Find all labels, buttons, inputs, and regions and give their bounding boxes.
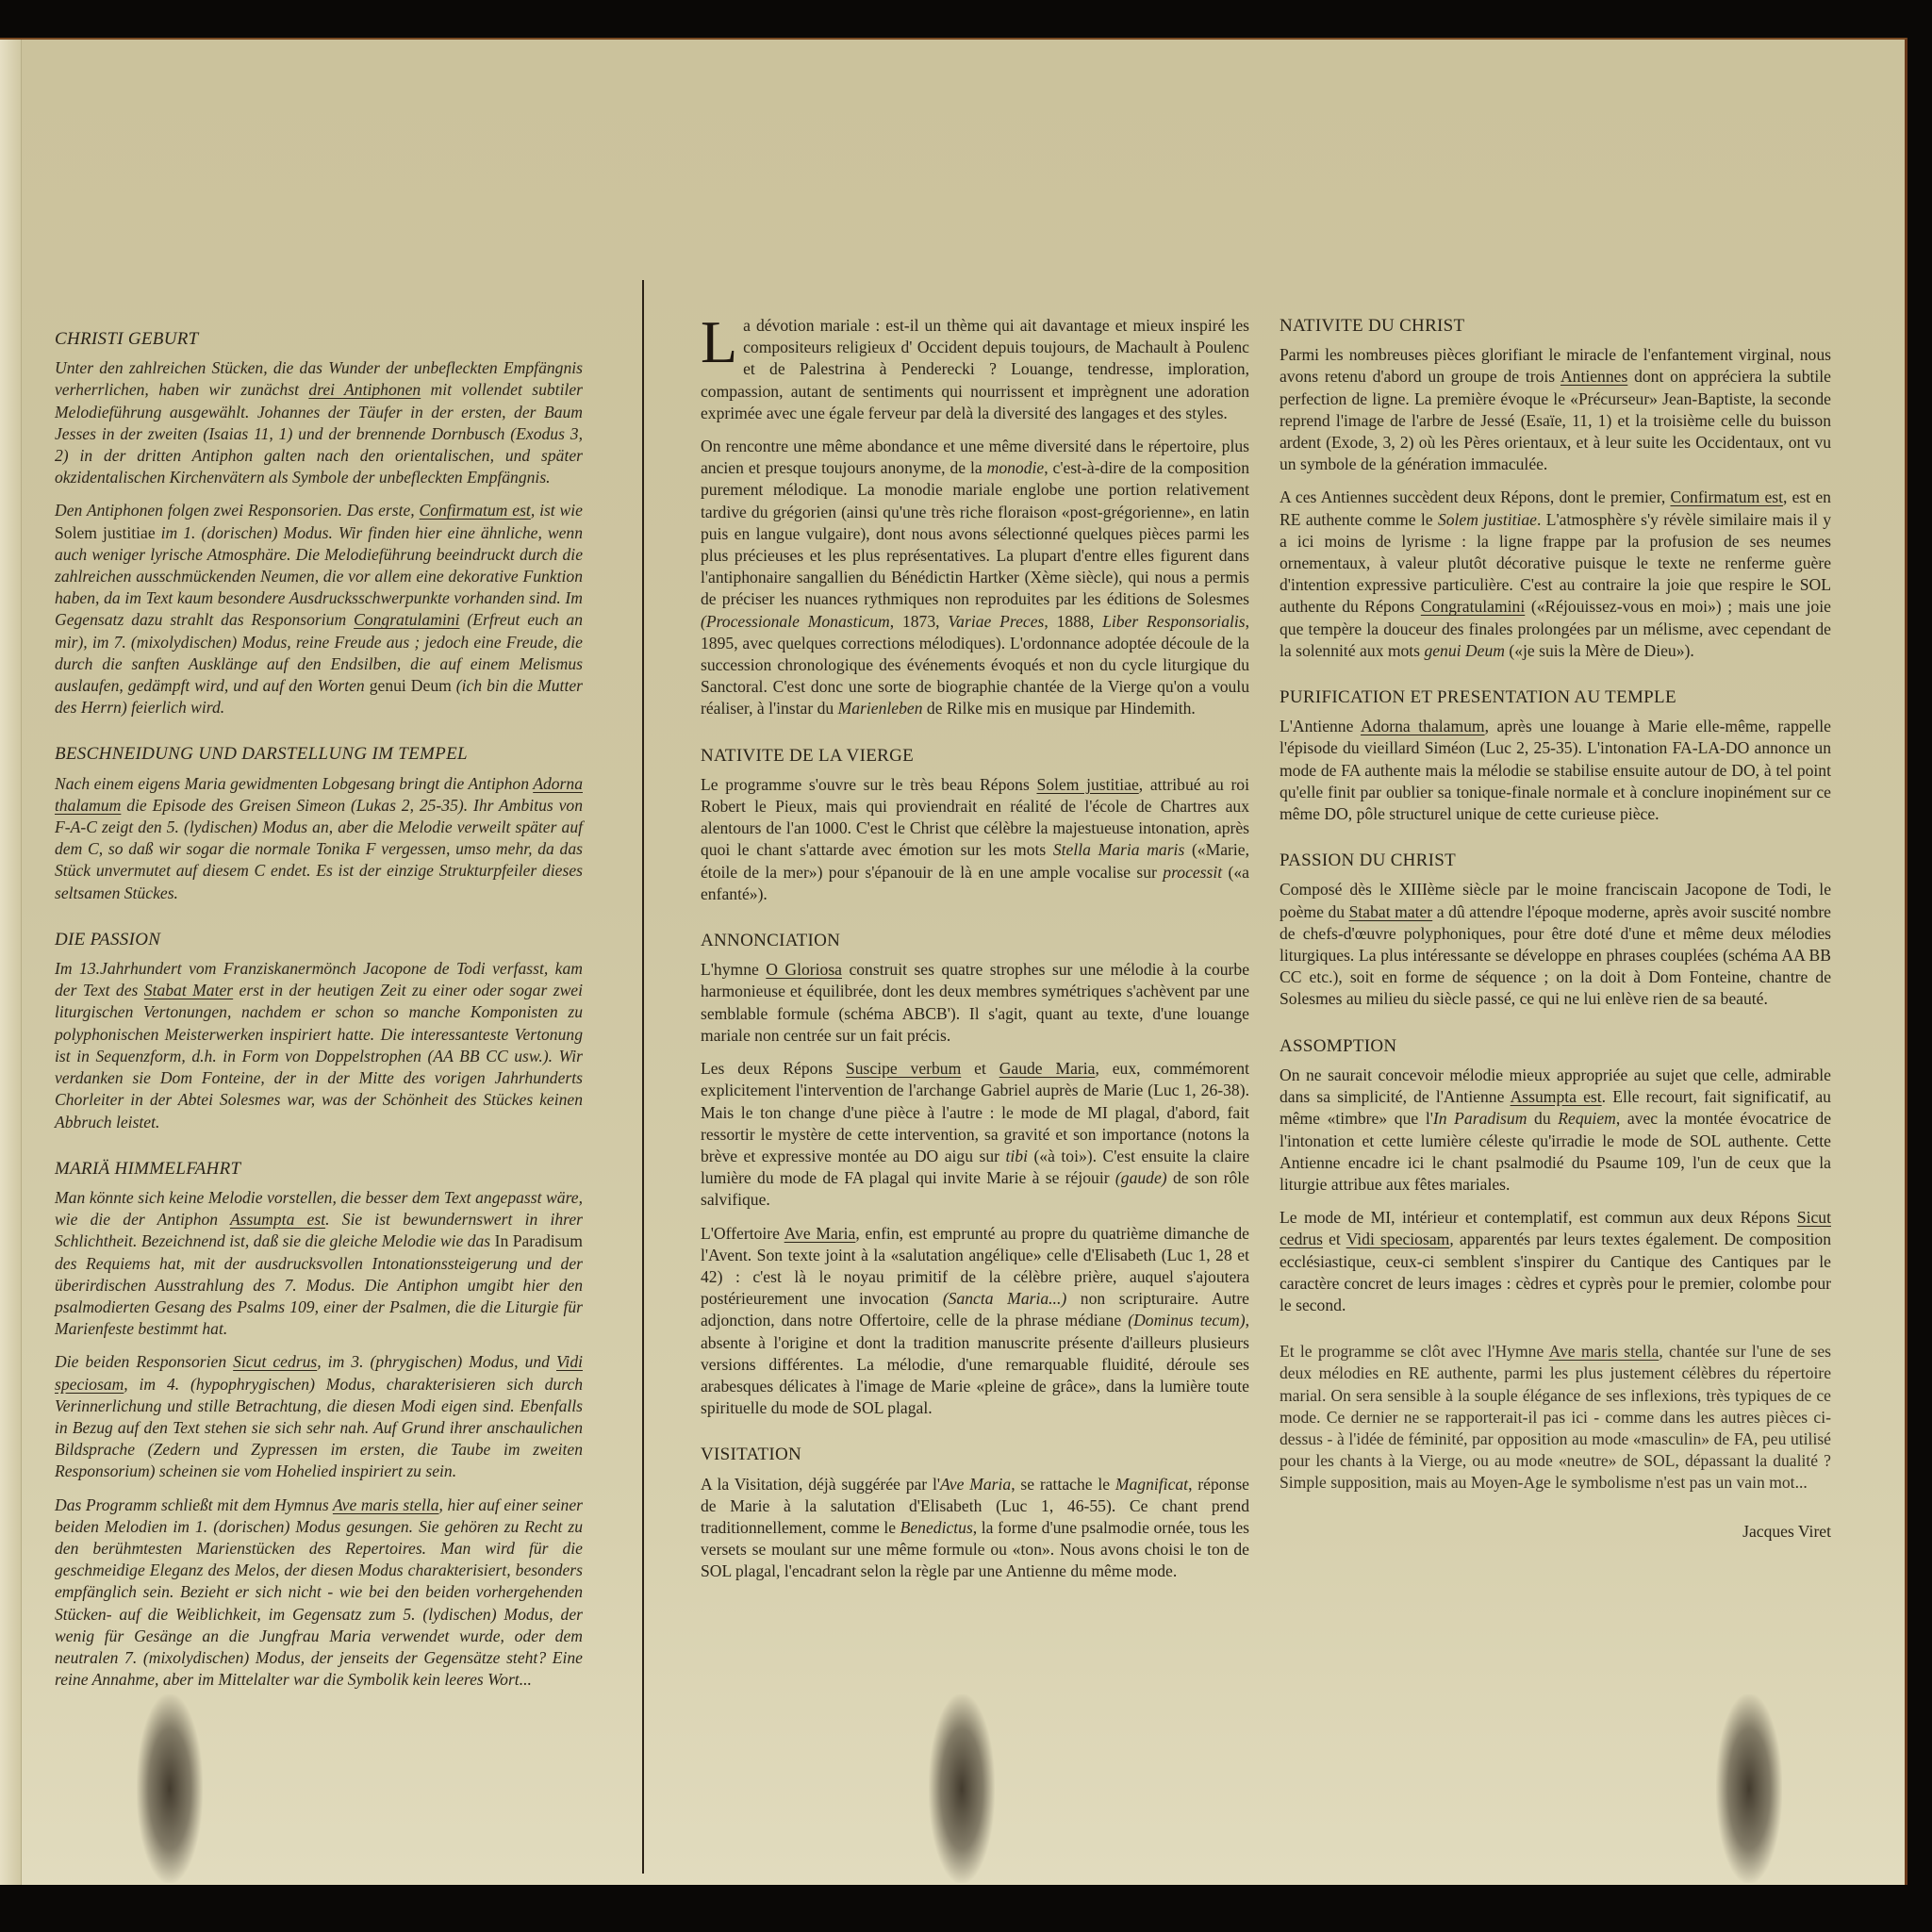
french-column-1: La dévotion mariale : est-il un thème qu… xyxy=(701,315,1249,1594)
german-column: CHRISTI GEBURT Unter den zahlreichen Stü… xyxy=(55,328,583,1702)
heading-assomption: ASSOMPTION xyxy=(1280,1035,1831,1057)
booklet-page: CHRISTI GEBURT Unter den zahlreichen Stü… xyxy=(0,38,1907,1902)
heading-nativite-vierge: NATIVITE DE LA VIERGE xyxy=(701,745,1249,767)
finger-shadow-left xyxy=(137,1694,203,1883)
heading-visitation: VISITATION xyxy=(701,1444,1249,1465)
paragraph: Man könnte sich keine Melodie vorstellen… xyxy=(55,1187,583,1340)
author-signature: Jacques Viret xyxy=(1280,1521,1831,1543)
heading-die-passion: DIE PASSION xyxy=(55,929,583,950)
paragraph: Parmi les nombreuses pièces glorifiant l… xyxy=(1280,344,1831,475)
paragraph: Les deux Répons Suscipe verbum et Gaude … xyxy=(701,1058,1249,1211)
paragraph: Nach einem eigens Maria gewidmenten Lobg… xyxy=(55,773,583,904)
heading-nativite-christ: NATIVITE DU CHRIST xyxy=(1280,315,1831,337)
heading-beschneidung: BESCHNEIDUNG UND DARSTELLUNG IM TEMPEL xyxy=(55,743,583,765)
paragraph: On rencontre une même abondance et une m… xyxy=(701,436,1249,720)
paragraph: L'hymne O Gloriosa construit ses quatre … xyxy=(701,959,1249,1047)
heading-christi-geburt: CHRISTI GEBURT xyxy=(55,328,583,350)
paragraph: On ne saurait concevoir mélodie mieux ap… xyxy=(1280,1065,1831,1196)
heading-annonciation: ANNONCIATION xyxy=(701,930,1249,951)
paragraph: Im 13.Jahrhundert vom Franziskanermönch … xyxy=(55,958,583,1133)
drop-cap: L xyxy=(701,319,737,366)
heading-passion: PASSION DU CHRIST xyxy=(1280,850,1831,871)
paragraph: Den Antiphonen folgen zwei Responsorien.… xyxy=(55,500,583,718)
paragraph: Le programme s'ouvre sur le très beau Ré… xyxy=(701,774,1249,905)
paragraph: Unter den zahlreichen Stücken, die das W… xyxy=(55,357,583,488)
heading-purification: PURIFICATION ET PRESENTATION AU TEMPLE xyxy=(1280,686,1831,708)
paragraph: Die beiden Responsorien Sicut cedrus, im… xyxy=(55,1351,583,1482)
paragraph: Le mode de MI, intérieur et contemplatif… xyxy=(1280,1207,1831,1316)
intro-paragraph: La dévotion mariale : est-il un thème qu… xyxy=(701,315,1249,424)
paragraph: A la Visitation, déjà suggérée par l'Ave… xyxy=(701,1474,1249,1583)
column-divider xyxy=(642,280,644,1874)
french-column-2: NATIVITE DU CHRIST Parmi les nombreuses … xyxy=(1280,315,1831,1543)
paragraph: L'Offertoire Ave Maria, enfin, est empru… xyxy=(701,1223,1249,1420)
paragraph: Composé dès le XIIIème siècle par le moi… xyxy=(1280,879,1831,1010)
heading-maria-himmelfahrt: MARIÄ HIMMELFAHRT xyxy=(55,1158,583,1180)
background-edge xyxy=(0,1885,1932,1932)
paragraph: Et le programme se clôt avec l'Hymne Ave… xyxy=(1280,1341,1831,1494)
finger-shadow-right xyxy=(1716,1694,1782,1883)
paragraph: Das Programm schließt mit dem Hymnus Ave… xyxy=(55,1494,583,1692)
paragraph: L'Antienne Adorna thalamum, après une lo… xyxy=(1280,716,1831,825)
paragraph: A ces Antiennes succèdent deux Répons, d… xyxy=(1280,487,1831,662)
finger-shadow-center xyxy=(929,1694,995,1883)
